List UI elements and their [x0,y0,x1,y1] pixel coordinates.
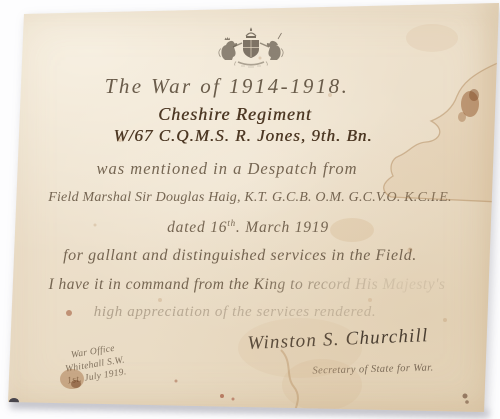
royal-coat-of-arms-icon [211,27,291,75]
appreciation-line: high appreciation of the services render… [0,304,470,321]
dated-line-prefix: dated 16 [167,219,227,236]
certificate-title: The War of 1914-1918. [0,74,454,99]
dated-line: dated 16th. March 1919 [0,218,496,237]
mentioned-in-despatch-line: was mentioned in a Despatch from [0,159,454,179]
certificate-paper: The War of 1914-1918. Cheshire Regiment … [0,0,500,419]
regiment-line-handwritten: Cheshire Regiment [0,104,470,125]
gallant-services-line: for gallant and distinguished services i… [0,247,480,265]
secretary-of-state-title: Secretary of State for War. [298,362,448,377]
certificate-photo: The War of 1914-1918. Cheshire Regiment … [0,0,500,419]
field-marshal-line: Field Marshal Sir Douglas Haig, K.T. G.C… [8,190,492,206]
dated-line-suffix: . March 1919 [236,219,329,236]
command-from-king-line: I have it in command from the King to re… [0,276,494,294]
war-office-address-block: War Office Whitehall S.W. 1st. July 1919… [34,337,156,392]
dated-line-ordinal: th [227,218,236,228]
churchill-signature: Winston S. Churchill [238,325,439,356]
recipient-line-handwritten: W/67 C.Q.M.S. R. Jones, 9th. Bn. [0,126,486,146]
